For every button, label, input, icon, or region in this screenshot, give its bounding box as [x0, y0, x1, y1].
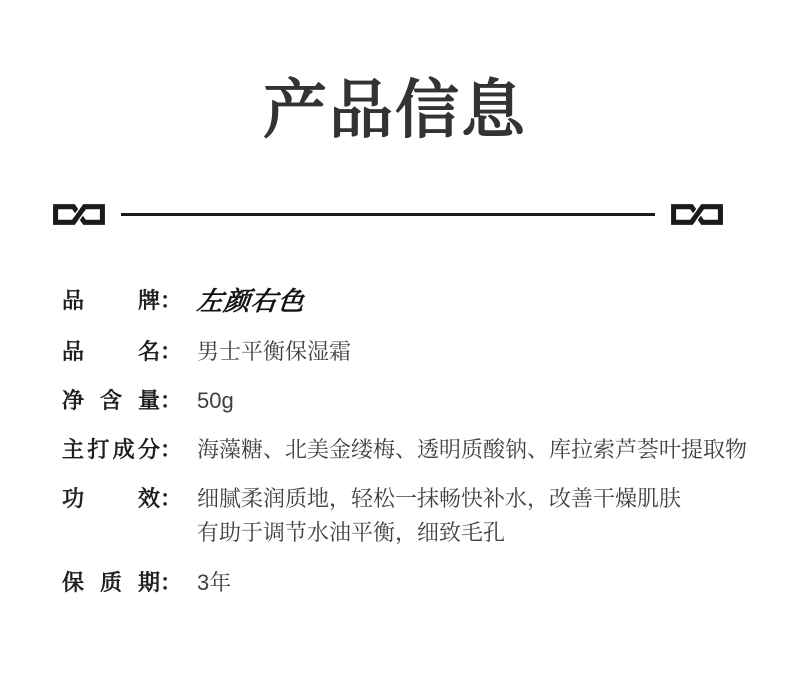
info-value: 细腻柔润质地，轻松一抹畅快补水，改善干燥肌肤 有助于调节水油平衡，细致毛孔 [197, 482, 681, 550]
info-row-effects: 功效： 细腻柔润质地，轻松一抹畅快补水，改善干燥肌肤 有助于调节水油平衡，细致毛… [62, 482, 750, 550]
info-row-product-name: 品名： 男士平衡保湿霜 [62, 335, 750, 369]
info-label: 保质期： [62, 566, 182, 600]
brand-logotype: 左颜右色 [195, 284, 307, 318]
effects-line-2: 有助于调节水油平衡，细致毛孔 [197, 516, 681, 550]
info-row-brand: 品牌： 左颜右色 [62, 284, 750, 320]
product-info-list: 品牌： 左颜右色 品名： 男士平衡保湿霜 净含量： 50g 主打成分： 海藻糖、… [62, 284, 750, 600]
info-value: 男士平衡保湿霜 [197, 335, 351, 369]
info-value: 左颜右色 [197, 284, 305, 320]
info-value: 海藻糖、北美金缕梅、透明质酸钠、库拉索芦荟叶提取物 [197, 433, 747, 467]
page-title: 产品信息 [0, 0, 790, 150]
product-info-page: 产品信息 品牌： 左颜右色 品名： 男士平衡保湿霜 [0, 0, 790, 690]
info-label-text: 主打成分 [62, 433, 160, 467]
info-label: 品牌： [62, 284, 182, 318]
info-row-shelf-life: 保质期： 3年 [62, 566, 750, 600]
info-label: 功效： [62, 482, 182, 516]
info-label-colon: ： [160, 284, 182, 318]
info-value: 3年 [197, 566, 231, 600]
brand-chain-link-logo-icon-right [668, 203, 726, 226]
info-label-colon: ： [160, 433, 182, 467]
info-label-text: 品牌 [62, 284, 160, 318]
info-label-text: 净含量 [62, 384, 160, 418]
info-row-ingredients: 主打成分： 海藻糖、北美金缕梅、透明质酸钠、库拉索芦荟叶提取物 [62, 433, 750, 467]
effects-line-1: 细腻柔润质地，轻松一抹畅快补水，改善干燥肌肤 [197, 482, 681, 516]
info-label-colon: ： [160, 384, 182, 418]
info-label-text: 品名 [62, 335, 160, 369]
info-label-text: 功效 [62, 482, 160, 516]
info-value: 50g [197, 384, 234, 418]
info-label-colon: ： [160, 482, 182, 516]
divider-line [121, 213, 655, 216]
info-label: 净含量： [62, 384, 182, 418]
info-label: 主打成分： [62, 433, 182, 467]
brand-divider [50, 202, 726, 226]
info-label-colon: ： [160, 335, 182, 369]
info-label: 品名： [62, 335, 182, 369]
info-label-text: 保质期 [62, 566, 160, 600]
info-label-colon: ： [160, 566, 182, 600]
info-row-net-content: 净含量： 50g [62, 384, 750, 418]
brand-chain-link-logo-icon-left [50, 203, 108, 226]
